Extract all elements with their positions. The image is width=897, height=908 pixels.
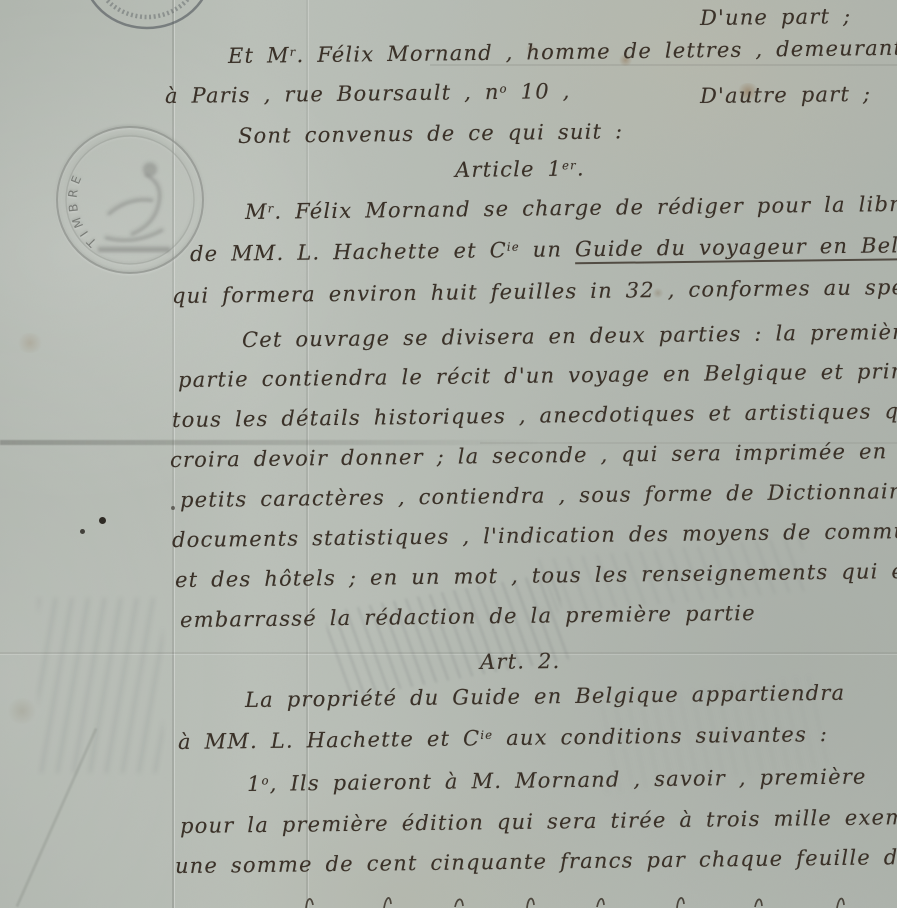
manuscript-page: TIMBRE D'une part ;Et Mr. Félix Mornand … bbox=[0, 0, 897, 908]
svg-text:TIMBRE: TIMBRE bbox=[66, 169, 100, 250]
line-et-des-hotels: et des hôtels ; en un mot , tous les ren… bbox=[175, 558, 897, 592]
scratch-mark bbox=[15, 728, 97, 907]
line-pour-la-premiere: pour la première édition qui sera tirée … bbox=[180, 805, 897, 838]
line-documents-statist: documents statistiques , l'indication de… bbox=[172, 518, 897, 552]
foxing-spot bbox=[16, 333, 44, 353]
line-a-mm-conditions: à MM. L. Hachette et Cie aux conditions … bbox=[178, 722, 828, 754]
line-qui-formera: qui formera environ huit feuilles in 32 … bbox=[172, 273, 897, 308]
embossed-timbre-seal-icon: TIMBRE bbox=[50, 120, 210, 285]
line-de-mm-hachette: de MM. L. Hachette et Cie un Guide du vo… bbox=[190, 232, 897, 266]
line-une-somme: une somme de cent cinquante francs par c… bbox=[175, 844, 897, 878]
line-petits-caracteres: petits caractères , contiendra , sous fo… bbox=[180, 479, 897, 512]
ink-blot bbox=[171, 506, 175, 510]
ink-blot bbox=[80, 529, 85, 534]
line-a-paris: à Paris , rue Boursault , no 10 , bbox=[165, 79, 571, 108]
clipped-line-fragment bbox=[292, 892, 872, 908]
line-1-ils-paieront: 1o, Ils paieront à M. Mornand , savoir ,… bbox=[247, 764, 867, 796]
line-dune-part: D'une part ; bbox=[700, 4, 852, 30]
line-croira-devoir: croira devoir donner ; la seconde , qui … bbox=[170, 439, 897, 472]
line-article-1: Article 1er. bbox=[455, 156, 585, 182]
ink-showthrough-smudge bbox=[324, 572, 571, 699]
horizontal-crease-lower bbox=[0, 652, 897, 654]
line-la-propriete: La propriété du Guide en Belgique appart… bbox=[245, 681, 846, 712]
line-cet-ouvrage: Cet ouvrage se divisera en deux parties … bbox=[242, 320, 897, 352]
line-et-mr-felix: Et Mr. Félix Mornand , homme de lettres … bbox=[228, 36, 897, 68]
partial-ink-stamp-icon bbox=[80, 0, 215, 38]
line-sont-convenus: Sont convenus de ce qui suit : bbox=[238, 119, 624, 148]
line-tous-les-details: tous les détails historiques , anecdotiq… bbox=[172, 398, 897, 432]
line-art-2: Art. 2. bbox=[480, 649, 561, 674]
line-mr-felix-charge: Mr. Félix Mornand se charge de rédiger p… bbox=[245, 191, 897, 224]
ink-showthrough-smudge bbox=[38, 598, 163, 773]
line-embarrasse: embarrassé la rédaction de la première p… bbox=[180, 601, 756, 632]
foxing-spot bbox=[6, 698, 38, 724]
line-partie-contiendra: partie contiendra le récit d'un voyage e… bbox=[178, 358, 897, 392]
seal-label: TIMBRE bbox=[66, 169, 100, 250]
ink-blot bbox=[99, 517, 106, 524]
line-dautre-part: D'autre part ; bbox=[700, 82, 872, 108]
